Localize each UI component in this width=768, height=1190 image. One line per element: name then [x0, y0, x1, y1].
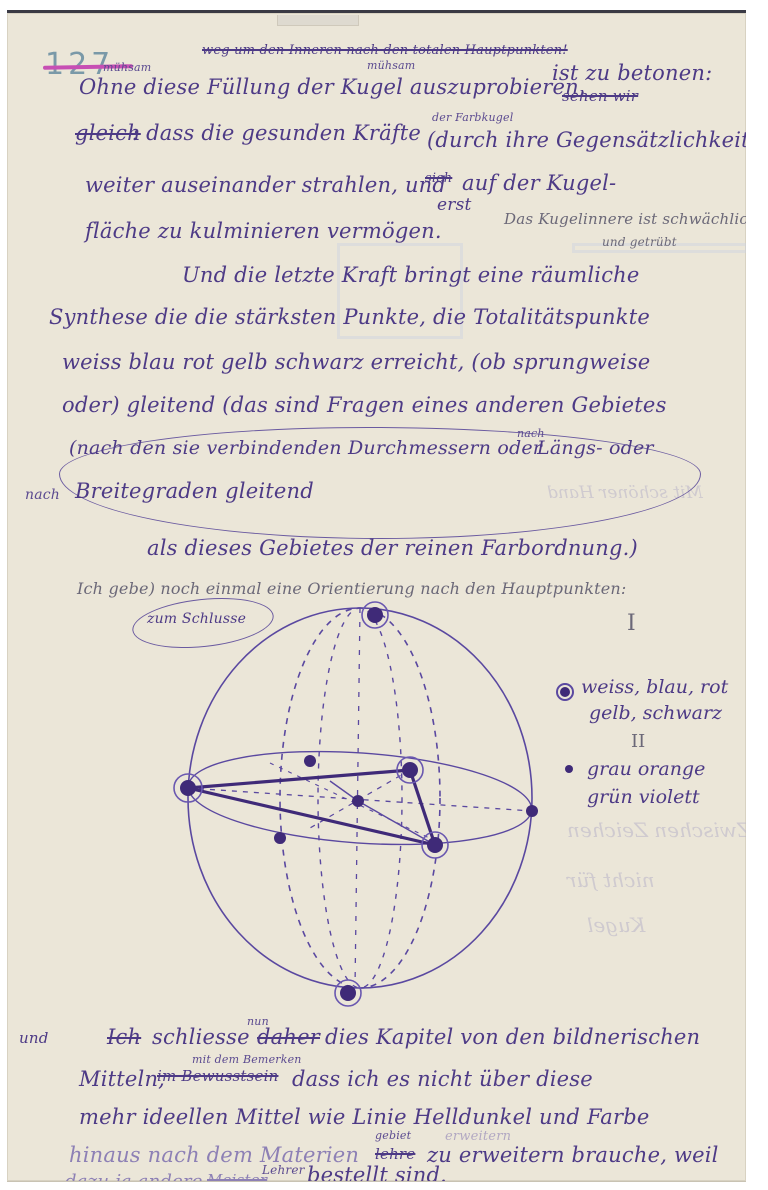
point-upper-right — [402, 762, 418, 778]
insert-above: gebiet — [375, 1129, 411, 1142]
color-sphere-diagram — [170, 593, 550, 1013]
margin-word: nach — [25, 487, 60, 503]
insert-below: Lehrer — [262, 1163, 305, 1177]
text-line: Breitegraden gleitend — [75, 479, 314, 503]
text-line: (nach den sie verbindenden Durchmessern … — [69, 437, 542, 459]
text-line-tail: ist zu betonen: — [552, 61, 712, 85]
faint-insert: erweitern — [445, 1129, 511, 1144]
struck-word: Ich — [107, 1025, 141, 1049]
point-lower-right — [427, 837, 443, 853]
text-line: weiter auseinander strahlen, und — [85, 173, 446, 197]
text-line-tail: dies Kapitel von den bildnerischen — [325, 1025, 700, 1049]
insert-above: der Farbkugel — [432, 111, 513, 124]
legend-label: grün violett — [587, 785, 700, 809]
margin-aside: und getrübt — [602, 235, 677, 249]
text-line: dazu ja andere — [65, 1171, 203, 1181]
struck-word: lehre — [375, 1145, 415, 1163]
text-line-tail: dass ich es nicht über diese — [292, 1067, 593, 1091]
struck-header-line: weg um den Inneren nach den totalen Haup… — [202, 43, 568, 58]
grey-point-lower-left — [274, 832, 286, 844]
text-line: als dieses Gebietes der reinen Farbordnu… — [147, 536, 638, 560]
center-point — [352, 795, 364, 807]
insert-above: mühsam — [103, 61, 151, 74]
text-line: : dass die gesunden Kräfte — [132, 121, 421, 145]
text-line-tail: zu erweitern brauche, weil — [427, 1143, 719, 1167]
margin-word: und — [19, 1029, 49, 1047]
text-line: Ohne diese Füllung der Kugel auszuprobie… — [79, 75, 586, 99]
text-line-tail: bestellt sind. — [307, 1163, 447, 1181]
ringed-dot-legend-icon — [560, 687, 570, 697]
struck-word: sehen wir — [562, 87, 638, 105]
struck-word: Meister — [207, 1171, 267, 1181]
manuscript-page: Mit schöner Hand Zwischen Zeichen nicht … — [7, 10, 746, 1181]
text-line-tail: (durch ihre Gegensätzlichkeit — [427, 128, 746, 152]
text-line: Mitteln, — [79, 1067, 165, 1091]
bleed-through-text: Kugel — [587, 913, 645, 937]
insert-above: mühsam — [367, 59, 415, 72]
struck-word: daher — [257, 1025, 320, 1049]
struck-word: sich — [425, 171, 452, 186]
text-line: Und die letzte Kraft bringt eine räumlic… — [182, 263, 640, 287]
text-line: schliesse — [152, 1025, 250, 1049]
south-pole-point — [340, 985, 356, 1001]
margin-aside: Das Kugelinnere ist schwächlich — [504, 210, 746, 228]
text-line-tail: Längs- oder — [537, 437, 654, 459]
text-line: oder) gleitend (das sind Fragen eines an… — [62, 393, 667, 417]
bleed-through-text: nicht für — [567, 868, 655, 892]
legend-label: grau orange — [587, 757, 705, 781]
point-left — [180, 780, 196, 796]
insert-below: erst — [437, 195, 472, 215]
grey-point-upper-left — [304, 755, 316, 767]
legend-group-label: II — [631, 731, 645, 752]
text-line: mehr ideellen Mittel wie Linie Helldunke… — [79, 1105, 650, 1129]
text-line-tail: auf der Kugel- — [462, 171, 616, 195]
north-pole-point — [367, 607, 383, 623]
insert-above: mit dem Bemerken — [192, 1053, 302, 1066]
legend-label: weiss, blau, rot — [581, 675, 728, 699]
paper-tab — [277, 15, 359, 26]
struck-word: im Bewusstsein — [157, 1067, 278, 1085]
text-line: Synthese die die stärksten Punkte, die T… — [49, 305, 650, 329]
struck-word: gleich — [75, 121, 141, 145]
text-line: fläche zu kulminieren vermögen. — [85, 219, 442, 243]
bleed-through-text: Zwischen Zeichen — [567, 818, 746, 842]
legend-label: gelb, schwarz — [589, 701, 722, 725]
legend-group-label: I — [627, 611, 636, 636]
grey-point-right — [526, 805, 538, 817]
dot-legend-icon — [565, 765, 573, 773]
text-line: weiss blau rot gelb schwarz erreicht, (o… — [62, 350, 650, 374]
